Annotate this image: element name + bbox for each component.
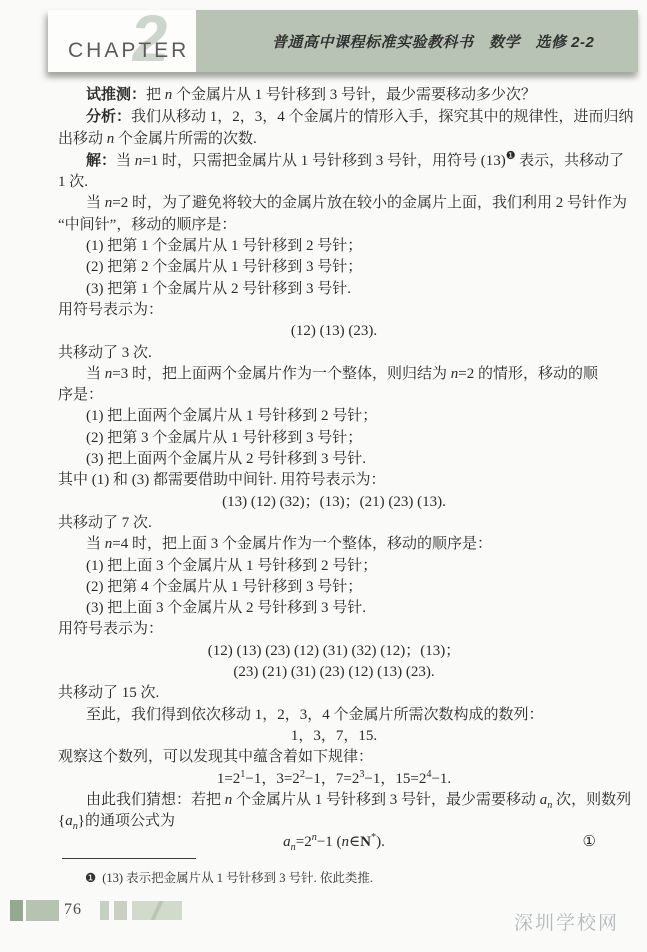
footnote: ❶(13) 表示把金属片从 1 号针移到 3 号针. 依此类推.: [85, 870, 565, 887]
text-line: 用符号表示为：: [58, 619, 610, 640]
text-line: 当 n=3 时，把上面两个金属片作为一个整体，则归结为 n=2 的情形，移动的顺: [58, 364, 610, 385]
book-title: 普通高中课程标准实验教科书 数学 选修 2-2: [272, 10, 594, 72]
text-line: “中间针”，移动的顺序是：: [58, 215, 610, 236]
text-line: 分析：我们从移动 1，2，3，4 个金属片的情形入手，探究其中的规律性，进而归纳: [58, 106, 610, 128]
watermark: 深圳学校网: [514, 908, 619, 935]
text-line: 试推测：把 n 个金属片从 1 号针移到 3 号针，最少需要移动多少次？: [58, 84, 610, 106]
text-line: 其中 (1) 和 (3) 都需要借助中间针. 用符号表示为：: [58, 470, 610, 491]
text-line: (3) 把上面 3 个金属片从 2 号针移到 3 号针.: [58, 598, 610, 619]
text-line: 至此，我们得到依次移动 1，2，3，4 个金属片所需次数构成的数列：: [58, 705, 610, 726]
text-line: (3) 把上面两个金属片从 2 号针移到 3 号针.: [58, 449, 610, 470]
text-line: 观察这个数列，可以发现其中蕴含着如下规律：: [58, 747, 610, 768]
chapter-header-left: 2 CHAPTER: [48, 10, 196, 72]
chapter-header: 2 CHAPTER 普通高中课程标准实验教科书 数学 选修 2-2: [48, 10, 638, 72]
text-line: (12) (13) (23).: [58, 321, 610, 342]
footer-ornament-block: [114, 901, 127, 920]
text-line: 1 次.: [58, 172, 610, 193]
footer-ornament-block: [26, 900, 59, 921]
text-line: 序是：: [58, 385, 610, 406]
text-line: (2) 把第 2 个金属片从 1 号针移到 3 号针；: [58, 257, 610, 278]
text-line: an=2n−1 (n∈N*).①: [58, 832, 610, 853]
footnote-marker-icon: ❶: [85, 871, 96, 885]
text-line: 出移动 n 个金属片所需的次数.: [58, 129, 610, 150]
text-line: (2) 把第 3 个金属片从 1 号针移到 3 号针；: [58, 428, 610, 449]
text-line: 当 n=2 时，为了避免将较大的金属片放在较小的金属片上面，我们利用 2 号针作…: [58, 193, 610, 214]
chapter-number: 2: [128, 0, 173, 76]
text-line: (23) (21) (31) (23) (12) (13) (23).: [58, 662, 610, 683]
text-line: 用符号表示为：: [58, 300, 610, 321]
equation-number: ①: [583, 832, 596, 853]
footer-ornament-block: [10, 900, 23, 921]
text-line: 共移动了 15 次.: [58, 683, 610, 704]
footer-ornament-block: [100, 901, 109, 920]
text-line: 共移动了 3 次.: [58, 343, 610, 364]
footer-ornament-block: [132, 901, 182, 920]
text-line: 1=21−1，3=22−1，7=23−1，15=24−1.: [58, 769, 610, 790]
text-line: 当 n=4 时，把上面 3 个金属片作为一个整体，移动的顺序是：: [58, 534, 610, 555]
page-number: 76: [64, 901, 82, 919]
text-line: (1) 把上面两个金属片从 1 号针移到 2 号针；: [58, 406, 610, 427]
text-line: (1) 把第 1 个金属片从 1 号针移到 2 号针；: [58, 236, 610, 257]
footnote-text: (13) 表示把金属片从 1 号针移到 3 号针. 依此类推.: [102, 871, 373, 885]
text-line: 共移动了 7 次.: [58, 513, 610, 534]
text-line: (12) (13) (23) (12) (31) (32) (12)；(13)；: [58, 641, 610, 662]
text-line: 1，3，7，15.: [58, 726, 610, 747]
footnote-divider: [62, 858, 196, 859]
text-line: (3) 把第 1 个金属片从 2 号针移到 3 号针.: [58, 279, 610, 300]
chapter-label: CHAPTER: [68, 39, 189, 63]
text-line: (2) 把第 4 个金属片从 1 号针移到 3 号针；: [58, 577, 610, 598]
book-title-banner: 普通高中课程标准实验教科书 数学 选修 2-2: [196, 10, 638, 72]
text-line: (13) (12) (32)；(13)；(21) (23) (13).: [58, 492, 610, 513]
text-line: 解：当 n=1 时，只需把金属片从 1 号针移到 3 号针，用符号 (13)❶ …: [58, 150, 610, 172]
page-body: 试推测：把 n 个金属片从 1 号针移到 3 号针，最少需要移动多少次？分析：我…: [58, 84, 610, 854]
text-line: 由此我们猜想：若把 n 个金属片从 1 号针移到 3 号针，最少需要移动 an …: [58, 790, 610, 811]
text-line: (1) 把上面 3 个金属片从 1 号针移到 2 号针；: [58, 556, 610, 577]
text-line: {an}的通项公式为: [58, 811, 610, 832]
